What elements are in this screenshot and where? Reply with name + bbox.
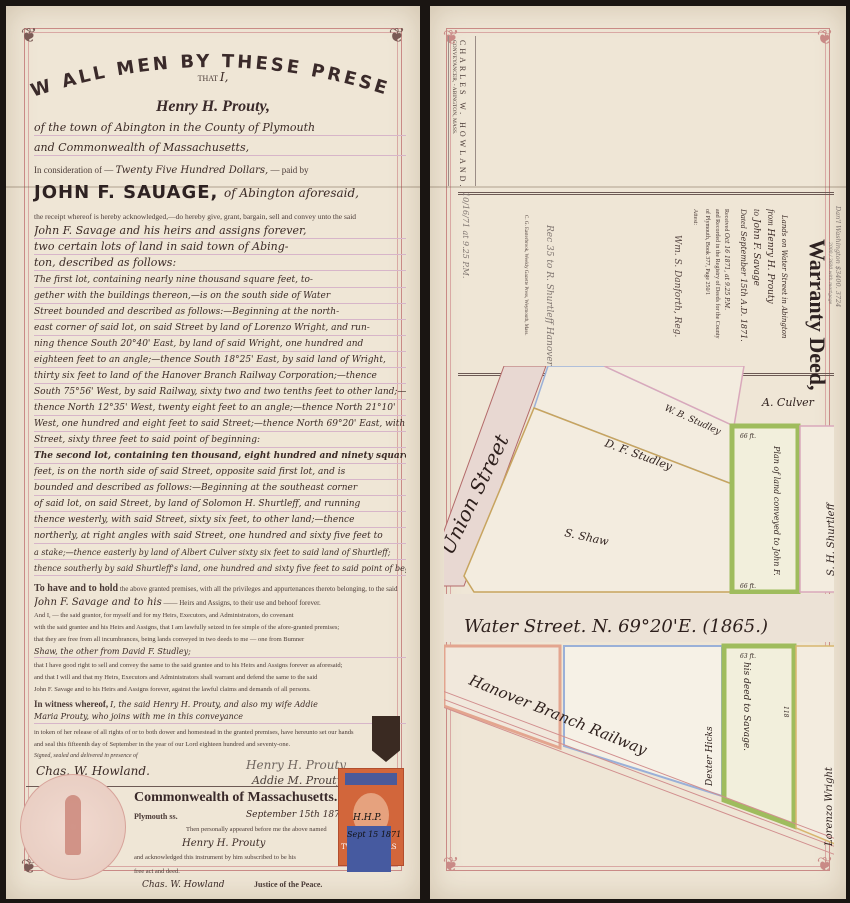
- dimension-label: 118: [782, 706, 789, 718]
- paid-by-label: paid by: [282, 165, 309, 175]
- printer-imprint: C. G. Easterbrook, Weekly Gazette Press,…: [523, 215, 528, 336]
- dimension-label: 66 ft.: [740, 583, 756, 590]
- revenue-stamp-blue-icon: Sept 15 1871: [347, 826, 391, 872]
- body-line: feet, is on the north side of said Stree…: [34, 466, 406, 480]
- free-act-text: free act and deed.: [134, 868, 180, 875]
- body-line: ton, described as follows:: [34, 256, 406, 271]
- body-line: bounded and described as follows:—Beginn…: [34, 482, 406, 496]
- shurtleff-label: S. H. Shurtleff: [826, 501, 834, 576]
- margin-note: Dan'l Washington $3400. 3724: [834, 206, 842, 307]
- endorsement-received: Received Oct 16 1871, at 9.25 P.M.: [723, 209, 730, 310]
- dated-value: September 15th A.D. 1871.: [739, 231, 748, 342]
- water-street-label: Water Street. N. 69°20'E. (1865.): [464, 616, 768, 637]
- covenant-line: and that I will and that my Heirs, Execu…: [34, 672, 406, 683]
- stamp-cancel: H.H.P.: [353, 813, 382, 823]
- that-label: THAT: [198, 74, 218, 83]
- corner-ornament-icon: ❦: [386, 24, 408, 46]
- margin-note-2: 2000 / 3600 with mortgage: [827, 242, 832, 304]
- receipt-text: the receipt whereof is hereby acknowledg…: [34, 210, 406, 223]
- stamp-cancel-date: Sept 15 1871: [347, 830, 401, 839]
- appeared-text: Then personally appeared before me the a…: [186, 826, 327, 833]
- grantee-place: of Abington aforesaid,: [224, 186, 359, 200]
- witness-signature: Chas. W. Howland.: [36, 764, 150, 778]
- consideration-label: In consideration of: [34, 165, 102, 175]
- register-signature: Wm. S. Danforth, Reg.: [672, 235, 682, 337]
- corner-ornament-icon: ❦: [814, 26, 836, 48]
- covenant-line: Shaw, the other from David F. Studley;: [34, 646, 406, 658]
- body-line: The first lot, containing nearly nine th…: [34, 274, 406, 288]
- received-value: Oct 16 1871, at 9.25 P.M.: [723, 233, 730, 310]
- that-line: THAT I,: [6, 70, 420, 84]
- lot-savage-south: [724, 646, 794, 826]
- covenant-line: that I have good right to sell and conve…: [34, 660, 406, 671]
- conveyancer-address: CONVEYANCER, - ABINGTON, MASS.: [451, 40, 457, 134]
- deed-back-page: ❦ ❦ ❦ ❦ CHARLES W. HOWLAND. CONVEYANCER,…: [430, 6, 846, 899]
- north-lot-label: Plan of land conveyed to John F.: [772, 445, 781, 576]
- acknowledged-text: and acknowledged this instrument by him …: [134, 854, 296, 861]
- witness-text: I, the said Henry H. Prouty, and also my…: [110, 700, 318, 709]
- grantor-name: Henry H. Prouty,: [6, 98, 420, 116]
- covenant-line: with the said grantee and his Heirs and …: [34, 622, 406, 633]
- habendum-line: To have and to hold the above granted pr…: [34, 582, 406, 596]
- endorsement-from: from Henry H. Prouty: [765, 209, 776, 304]
- county-text: of Plymouth, Book 377, Page 250/1: [704, 209, 710, 295]
- body-line: The second lot, containing ten thousand,…: [34, 450, 406, 464]
- plot-plan: Union Street Water Street. N. 69°20'E. (…: [444, 366, 834, 886]
- body-line: northerly, at right angles with said Str…: [34, 530, 406, 544]
- dated-label: Dated: [739, 209, 748, 229]
- from-label: from: [766, 209, 776, 226]
- endorsement-land: Lands on Water Street in Abington: [780, 215, 788, 338]
- habendum-text: the above granted premises, with all the…: [120, 585, 398, 593]
- grantee-name: JOHN F. SAUAGE,: [34, 182, 218, 203]
- habendum-tail: Heirs and Assigns, to their use and beho…: [179, 599, 321, 607]
- endorsement-dated: Dated September 15th A.D. 1871.: [739, 209, 748, 342]
- habendum-fill-line: John F. Savage and to his —— Heirs and A…: [34, 596, 406, 610]
- witness-heading: In witness whereof,: [34, 699, 108, 709]
- from-name: Henry H. Prouty: [765, 229, 775, 304]
- body-line: West, one hundred and eight feet to said…: [34, 418, 406, 432]
- lot-savage-north: [732, 426, 798, 592]
- dexter-hicks-label: Dexter Hicks: [705, 726, 715, 787]
- received-label: Received: [723, 209, 729, 231]
- justice-title: Justice of the Peace.: [254, 880, 322, 889]
- body-line: Street, sixty three feet to said point o…: [34, 434, 406, 448]
- body-line: a stake;—thence easterly by land of Albe…: [34, 546, 406, 560]
- culver-label: A. Culver: [761, 396, 815, 409]
- acknowledgment-date: September 15th 1871.: [246, 810, 348, 820]
- consideration-amount: Twenty Five Hundred Dollars,: [115, 165, 268, 176]
- county-label: Plymouth ss.: [134, 812, 178, 821]
- pencil-note-margin: 10/16/71 at 9.25 P.M.: [461, 192, 470, 278]
- body-line: gether with the buildings thereon,—is on…: [34, 290, 406, 304]
- body-line: thence North 12°35' West, twenty eight f…: [34, 402, 406, 416]
- body-line: John F. Savage and his heirs and assigns…: [34, 224, 406, 239]
- dimension-label: 66 ft.: [740, 433, 756, 440]
- massachusetts-seal-icon: [20, 774, 126, 880]
- lorenzo-wright-label: Lorenzo Wright: [824, 766, 834, 847]
- habendum-heading: To have and to hold: [34, 583, 118, 594]
- acknowledgment-heading: Commonwealth of Massachusetts.: [134, 790, 337, 806]
- appeared-name: Henry H. Prouty: [182, 838, 265, 849]
- body-line: Street bounded and described as follows:…: [34, 306, 406, 320]
- fold-crease: [430, 186, 846, 188]
- body-line: thirty six feet to land of the Hanover B…: [34, 370, 406, 384]
- body-line: South 75°56' West, by said Railway, sixt…: [34, 386, 406, 400]
- that-fill: I,: [220, 70, 229, 84]
- deed-front-page: ❦ ❦ ❦ KNOW ALL MEN BY THESE PRESENTS, TH…: [6, 6, 420, 899]
- to-name: John F. Savage: [751, 219, 761, 286]
- habendum-fill: John F. Savage and to his: [34, 597, 162, 608]
- signed-label: Signed, sealed and delivered in presence…: [34, 750, 406, 763]
- covenant-line: that they are free from all incumbrances…: [34, 634, 406, 645]
- body-line: thence southerly by said Shurtleff's lan…: [34, 562, 406, 576]
- grantor-line: of the town of Abington in the County of…: [34, 120, 406, 136]
- conveyancer-name: CHARLES W. HOWLAND.: [458, 40, 467, 189]
- witness-text: Maria Prouty, who joins with me in this …: [34, 710, 406, 724]
- consideration-line: In consideration of — Twenty Five Hundre…: [34, 164, 406, 177]
- endorsement-to: to John F. Savage: [751, 209, 762, 286]
- covenant-line: John F. Savage and to his Heirs and Assi…: [34, 684, 406, 695]
- grantor-line: and Commonwealth of Massachusetts,: [34, 140, 406, 156]
- body-line: two certain lots of land in said town of…: [34, 240, 406, 255]
- body-line: of said lot, on said Street, by land of …: [34, 498, 406, 512]
- body-line: ning thence South 20°40' East, by land o…: [34, 338, 406, 352]
- south-lot-label: his deed to Savage.: [741, 662, 751, 751]
- justice-signature: Chas. W. Howland: [142, 880, 225, 890]
- body-line: east corner of said lot, on said Street …: [34, 322, 406, 336]
- recorded-text: and Recorded in the Registry of Deeds fo…: [714, 209, 720, 338]
- warranty-deed-endorsement: Warranty Deed, Lands on Water Street in …: [458, 192, 834, 376]
- conveyancer-strip: CHARLES W. HOWLAND. CONVEYANCER, - ABING…: [448, 36, 476, 186]
- body-line: thence westerly, with said Street, sixty…: [34, 514, 406, 528]
- body-line: eighteen feet to an angle;—thence South …: [34, 354, 406, 368]
- corner-ornament-icon: ❦: [18, 24, 40, 46]
- dimension-label: 63 ft.: [740, 653, 756, 660]
- covenant-line: And I, — the said grantor, for myself an…: [34, 610, 406, 621]
- to-label: to: [752, 209, 762, 216]
- grantor-signature: Henry H. Prouty: [246, 758, 346, 772]
- attest-label: Attest:: [692, 209, 698, 225]
